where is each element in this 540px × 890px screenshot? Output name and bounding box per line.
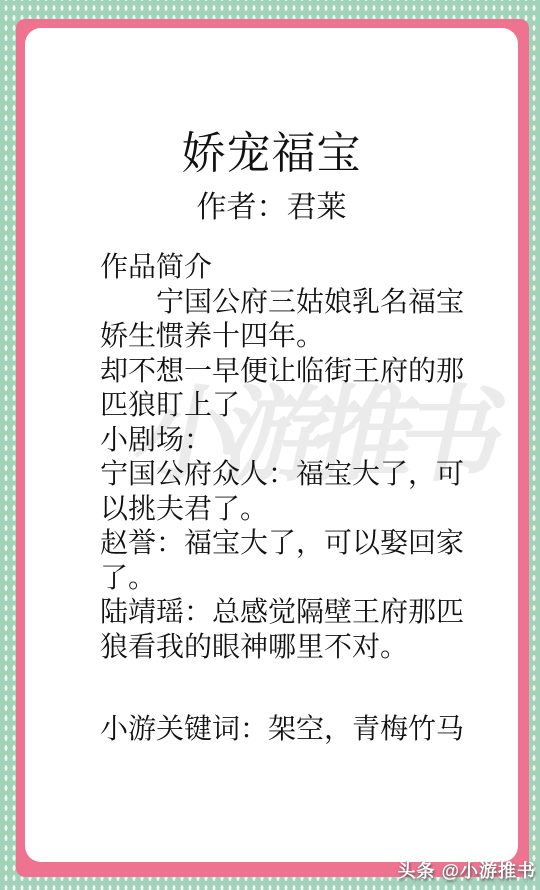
intro-line: 宁国公府三姑娘乳名福宝 [100, 285, 478, 320]
intro-line: 狼看我的眼神哪里不对。 [100, 630, 478, 665]
intro-line: 赵誉：福宝大了，可以娶回家 [100, 526, 478, 561]
author-line: 作者：君莱 [25, 190, 518, 226]
intro-section-label: 作品简介 [100, 250, 478, 285]
card-content: 娇宠福宝 作者：君莱 作品简介 宁国公府三姑娘乳名福宝 娇生惯养十四年。 却不想… [25, 128, 518, 747]
white-card: 小游推书 娇宠福宝 作者：君莱 作品简介 宁国公府三姑娘乳名福宝 娇生惯养十四年… [25, 28, 518, 862]
intro-line: 匹狼盯上了 [100, 388, 478, 423]
intro-line: 宁国公府众人：福宝大了，可 [100, 457, 478, 492]
intro-line: 娇生惯养十四年。 [100, 319, 478, 354]
book-intro-poster: { "theme": { "background_color": "#a2d2b… [0, 0, 540, 890]
keywords-line: 小游关键词：架空，青梅竹马 [25, 712, 518, 747]
intro-line: 了。 [100, 561, 478, 596]
intro-line: 以挑夫君了。 [100, 492, 478, 527]
pink-frame: 小游推书 娇宠福宝 作者：君莱 作品简介 宁国公府三姑娘乳名福宝 娇生惯养十四年… [16, 19, 529, 877]
intro-line: 小剧场： [100, 423, 478, 458]
intro-line: 却不想一早便让临街王府的那 [100, 354, 478, 389]
book-title: 娇宠福宝 [25, 128, 518, 180]
intro-block: 作品简介 宁国公府三姑娘乳名福宝 娇生惯养十四年。 却不想一早便让临街王府的那 … [25, 250, 518, 664]
corner-watermark: 头条 @小游推书 [397, 857, 536, 883]
intro-line: 陆靖瑶：总感觉隔壁王府那匹 [100, 595, 478, 630]
